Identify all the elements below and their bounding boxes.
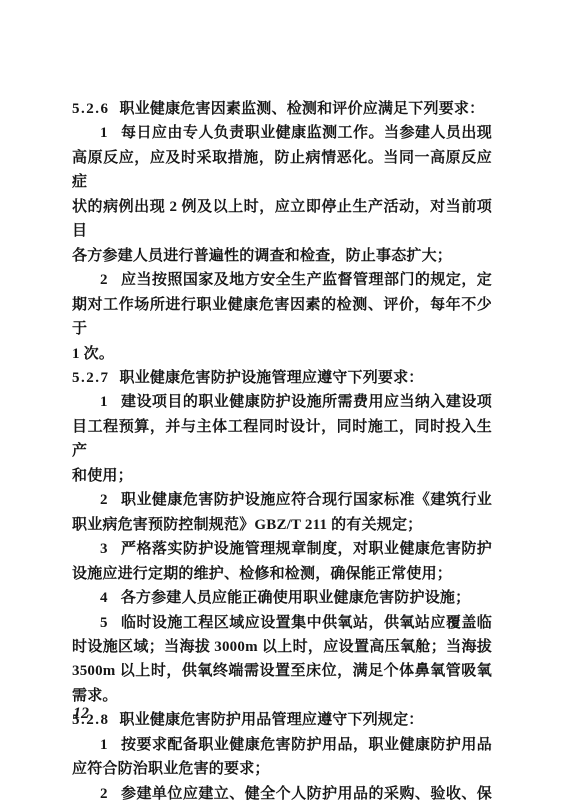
item-number: 3 [100, 537, 108, 561]
item-line: 3严格落实防护设施管理规章制度，对职业健康危害防护 [72, 537, 492, 561]
item-line: 各方参建人员进行普遍性的调查和检查，防止事态扩大； [72, 244, 492, 268]
line-text: 职业健康危害防护设施应符合现行国家标准《建筑行业 [121, 492, 492, 508]
line-text: 按要求配备职业健康危害防护用品，职业健康防护用品 [121, 737, 492, 753]
item-line: 4各方参建人员应能正确使用职业健康危害防护设施； [72, 586, 492, 610]
clause-line: 5.2.8职业健康危害防护用品管理应遵守下列规定： [72, 708, 492, 732]
item-number: 2 [100, 488, 108, 512]
item-line: 1 次。 [72, 342, 492, 366]
document-page: 5.2.6职业健康危害因素监测、检测和评价应满足下列要求：1每日应由专人负责职业… [0, 0, 561, 804]
item-line: 1每日应由专人负责职业健康监测工作。当参建人员出现 [72, 121, 492, 145]
item-line: 职业病危害预防控制规范》GBZ/T 211 的有关规定； [72, 513, 492, 537]
item-number: 1 [100, 121, 108, 145]
item-line: 高原反应，应及时采取措施，防止病情恶化。当同一高原反应症 [72, 146, 492, 195]
item-line: 期对工作场所进行职业健康危害因素的检测、评价，每年不少于 [72, 293, 492, 342]
line-text: 职业健康危害防护用品管理应遵守下列规定： [120, 712, 424, 728]
line-text: 建设项目的职业健康防护设施所需费用应当纳入建设项 [121, 394, 492, 410]
item-line: 2职业健康危害防护设施应符合现行国家标准《建筑行业 [72, 488, 492, 512]
item-number: 1 [100, 733, 108, 757]
item-line: 状的病例出现 2 例及以上时，应立即停止生产活动，对当前项目 [72, 195, 492, 244]
clause-number: 5.2.6 [72, 97, 110, 121]
item-line: 2参建单位应建立、健全个人防护用品的采购、验收、保 [72, 782, 492, 804]
line-text: 严格落实防护设施管理规章制度，对职业健康危害防护 [121, 541, 492, 557]
item-line: 目工程预算，并与主体工程同时设计，同时施工，同时投入生产 [72, 415, 492, 464]
item-line: 1按要求配备职业健康危害防护用品，职业健康防护用品 [72, 733, 492, 757]
item-line: 需求。 [72, 684, 492, 708]
line-text: 临时设施工程区域应设置集中供氧站，供氧站应覆盖临 [121, 615, 492, 631]
item-line: 2应当按照国家及地方安全生产监督管理部门的规定，定 [72, 268, 492, 292]
page-number: 12 [73, 705, 89, 723]
item-line: 3500m 以上时，供氧终端需设置至床位，满足个体鼻氧管吸氧 [72, 659, 492, 683]
line-text: 应当按照国家及地方安全生产监督管理部门的规定，定 [121, 272, 492, 288]
line-text: 每日应由专人负责职业健康监测工作。当参建人员出现 [121, 125, 492, 141]
clause-number: 5.2.7 [72, 366, 110, 390]
item-number: 2 [100, 268, 108, 292]
item-number: 5 [100, 611, 108, 635]
item-number: 2 [100, 782, 108, 804]
clause-line: 5.2.6职业健康危害因素监测、检测和评价应满足下列要求： [72, 97, 492, 121]
item-line: 和使用； [72, 464, 492, 488]
line-text: 职业健康危害防护设施管理应遵守下列要求： [120, 370, 424, 386]
item-line: 时设施区域；当海拔 3000m 以上时，应设置高压氧舱；当海拔 [72, 635, 492, 659]
line-text: 职业健康危害因素监测、检测和评价应满足下列要求： [120, 101, 485, 117]
item-number: 1 [100, 390, 108, 414]
text-block: 5.2.6职业健康危害因素监测、检测和评价应满足下列要求：1每日应由专人负责职业… [72, 97, 492, 804]
item-number: 4 [100, 586, 108, 610]
clause-line: 5.2.7职业健康危害防护设施管理应遵守下列要求： [72, 366, 492, 390]
line-text: 各方参建人员应能正确使用职业健康危害防护设施； [121, 590, 471, 606]
item-line: 设施应进行定期的维护、检修和检测，确保能正常使用； [72, 562, 492, 586]
item-line: 应符合防治职业危害的要求； [72, 757, 492, 781]
item-line: 1建设项目的职业健康防护设施所需费用应当纳入建设项 [72, 390, 492, 414]
line-text: 参建单位应建立、健全个人防护用品的采购、验收、保 [121, 786, 492, 802]
item-line: 5临时设施工程区域应设置集中供氧站，供氧站应覆盖临 [72, 611, 492, 635]
